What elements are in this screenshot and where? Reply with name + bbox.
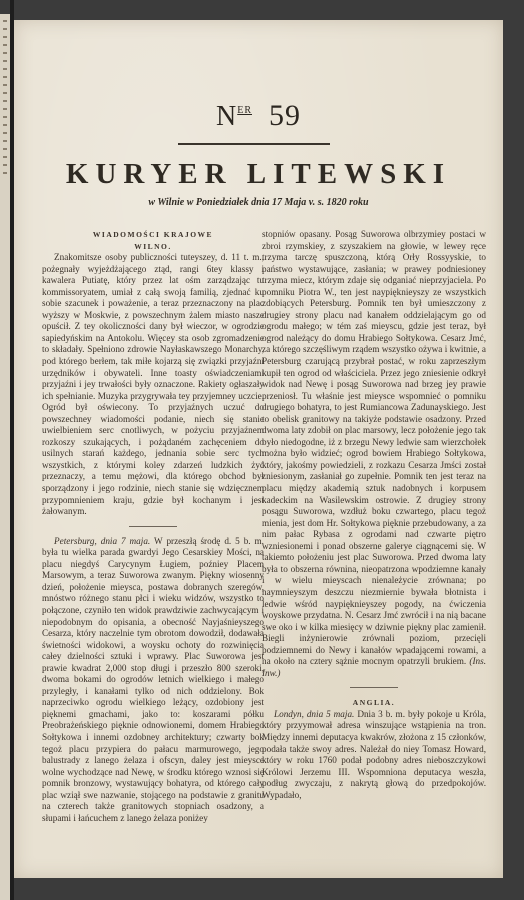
article-petersburg-body: W przeszłą środę d. 5 b. m. była tu wiel… <box>42 536 264 823</box>
article-london-body: Dnia 3 b. m. były pokoje u Króla, który … <box>262 709 486 800</box>
section-heading-domestic: WIADOMOŚCI KRAJOWE <box>42 229 264 241</box>
dateline-london: Londyn, dnia 5 maja. <box>274 709 354 719</box>
issue-suffix: ER <box>237 105 252 116</box>
issue-prefix: N <box>216 101 237 132</box>
right-column: stopniów opasany. Posąg Suworowa olbrzym… <box>262 229 486 801</box>
article-petersburg-continued: stopniów opasany. Posąg Suworowa olbrzym… <box>262 229 486 679</box>
section-heading-england: ANGLIA. <box>262 697 486 709</box>
dateline-petersburg: Petersburg, dnia 7 maja. <box>54 536 150 546</box>
issue-number: NER 59 <box>14 99 503 133</box>
article-divider <box>350 687 398 688</box>
article-london: Londyn, dnia 5 maja. Dnia 3 b. m. były p… <box>262 709 486 801</box>
article-vilnius: Znakomitsze osoby publiczności tuteyszey… <box>42 252 264 518</box>
issue-number-value: 59 <box>269 99 301 132</box>
article-petersburg: Petersburg, dnia 7 maja. W przeszłą środ… <box>42 536 264 825</box>
publication-dateline: w Wilnie w Poniedziałek dnia 17 Maja v. … <box>14 197 503 208</box>
left-column: WIADOMOŚCI KRAJOWE WILNO. Znakomitsze os… <box>42 229 264 824</box>
subheading-vilnius: WILNO. <box>42 241 264 253</box>
article-divider <box>129 526 177 527</box>
newspaper-title: KURYER LITEWSKI <box>14 158 503 191</box>
adjacent-page-edge <box>0 14 10 900</box>
article-petersburg-continued-body: stopniów opasany. Posąg Suworowa olbrzym… <box>262 229 486 666</box>
masthead-rule <box>178 143 330 145</box>
newspaper-page: NER 59 KURYER LITEWSKI w Wilnie w Ponied… <box>14 20 503 878</box>
